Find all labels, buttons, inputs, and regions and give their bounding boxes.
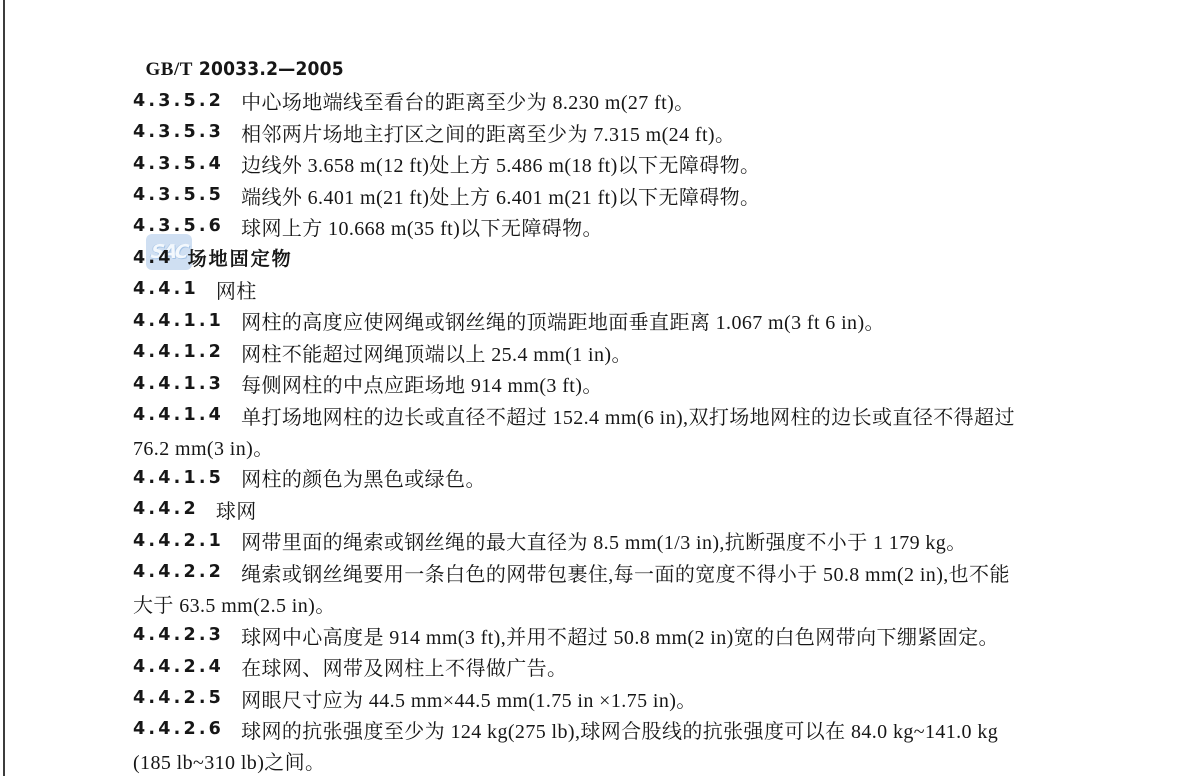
clause-number: 4.3.5.3 — [133, 122, 224, 142]
clause-lines: 4.3.5.2中心场地端线至看台的距离至少为 8.230 m(27 ft)。 4… — [133, 85, 1093, 776]
clause-line: 4.4.1.1网柱的高度应使网绳或钢丝绳的顶端距地面垂直距离 1.067 m(3… — [133, 305, 1093, 336]
clause-line: 4.4.1.5网柱的颜色为黑色或绿色。 — [133, 462, 1093, 493]
clause-line: 4.3.5.4边线外 3.658 m(12 ft)处上方 5.486 m(18 … — [133, 148, 1093, 179]
clause-text: 单打场地网柱的边长或直径不超过 152.4 mm(6 in),双打场地网柱的边长… — [241, 401, 1015, 430]
clause-text: 端线外 6.401 m(21 ft)处上方 6.401 m(21 ft)以下无障… — [241, 181, 760, 210]
clause-text: 网眼尺寸应为 44.5 mm×44.5 mm(1.75 in ×1.75 in)… — [241, 684, 697, 713]
clause-text: 球网中心高度是 914 mm(3 ft),并用不超过 50.8 mm(2 in)… — [241, 621, 999, 650]
standard-code-header: GB/T20033.2—2005 — [135, 36, 344, 81]
clause-number: 4.3.5.4 — [133, 154, 224, 174]
clause-number: 4.4.1.3 — [133, 374, 224, 394]
clause-line: 4.4.2.5网眼尺寸应为 44.5 mm×44.5 mm(1.75 in ×1… — [133, 682, 1093, 713]
clause-number: 4.3.5.5 — [133, 185, 224, 205]
clause-text: 球网的抗张强度至少为 124 kg(275 lb),球网合股线的抗张强度可以在 … — [241, 715, 998, 744]
clause-number: 4.4.1.4 — [133, 405, 224, 425]
clause-line: 4.3.5.5端线外 6.401 m(21 ft)处上方 6.401 m(21 … — [133, 179, 1093, 210]
clause-line: 76.2 mm(3 in)。 — [133, 431, 1093, 462]
clause-number: 4.4.2.4 — [133, 657, 224, 677]
clause-text: 球网 — [216, 495, 257, 524]
clause-number: 4.3.5.2 — [133, 91, 224, 111]
clause-number: 4.4.2.1 — [133, 531, 224, 551]
clause-line: 4.4.2.6球网的抗张强度至少为 124 kg(275 lb),球网合股线的抗… — [133, 714, 1093, 745]
clause-text: 网柱 — [216, 275, 257, 304]
clause-line: 4.4.1.2网柱不能超过网绳顶端以上 25.4 mm(1 in)。 — [133, 337, 1093, 368]
clause-line: 4.4.1.3每侧网柱的中点应距场地 914 mm(3 ft)。 — [133, 368, 1093, 399]
clause-number: 4.3.5.6 — [133, 216, 224, 236]
clause-line: 4.4.2.2绳索或钢丝绳要用一条白色的网带包裹住,每一面的宽度不得小于 50.… — [133, 557, 1093, 588]
clause-number: 4.4 — [133, 248, 174, 268]
clause-text: (185 lb~310 lb)之间。 — [133, 746, 325, 775]
clause-number: 4.4.2 — [133, 499, 199, 519]
clause-text: 网柱的颜色为黑色或绿色。 — [241, 463, 486, 492]
page-left-border — [3, 0, 5, 776]
clause-line: 4.4.2球网 — [133, 494, 1093, 525]
clause-number: 4.4.2.5 — [133, 688, 224, 708]
standard-code-prefix: GB/T — [146, 59, 193, 80]
clause-text: 网柱的高度应使网绳或钢丝绳的顶端距地面垂直距离 1.067 m(3 ft 6 i… — [241, 306, 885, 335]
clause-line: 4.4场地固定物 — [133, 242, 1093, 273]
clause-line: 4.4.2.3球网中心高度是 914 mm(3 ft),并用不超过 50.8 m… — [133, 619, 1093, 650]
clause-line: 4.3.5.6球网上方 10.668 m(35 ft)以下无障碍物。 — [133, 211, 1093, 242]
clause-number: 4.4.1 — [133, 279, 199, 299]
clause-number: 4.4.2.2 — [133, 562, 224, 582]
clause-line: (185 lb~310 lb)之间。 — [133, 745, 1093, 776]
clause-text: 在球网、网带及网柱上不得做广告。 — [241, 652, 567, 681]
clause-number: 4.4.2.3 — [133, 625, 224, 645]
standard-code-number: 20033.2—2005 — [199, 58, 344, 80]
clause-number: 4.4.1.2 — [133, 342, 224, 362]
clause-text: 中心场地端线至看台的距离至少为 8.230 m(27 ft)。 — [241, 86, 695, 115]
clause-line: 4.3.5.2中心场地端线至看台的距离至少为 8.230 m(27 ft)。 — [133, 85, 1093, 116]
clause-text: 场地固定物 — [188, 244, 293, 271]
clause-text: 每侧网柱的中点应距场地 914 mm(3 ft)。 — [241, 369, 603, 398]
clause-line: 4.4.2.1网带里面的绳索或钢丝绳的最大直径为 8.5 mm(1/3 in),… — [133, 525, 1093, 556]
clause-text: 网柱不能超过网绳顶端以上 25.4 mm(1 in)。 — [241, 338, 632, 367]
clause-text: 球网上方 10.668 m(35 ft)以下无障碍物。 — [241, 212, 603, 241]
clause-line: 4.3.5.3相邻两片场地主打区之间的距离至少为 7.315 m(24 ft)。 — [133, 116, 1093, 147]
clause-text: 76.2 mm(3 in)。 — [133, 432, 274, 461]
clause-text: 相邻两片场地主打区之间的距离至少为 7.315 m(24 ft)。 — [241, 118, 735, 147]
clause-number: 4.4.1.5 — [133, 468, 224, 488]
clause-number: 4.4.1.1 — [133, 311, 224, 331]
clause-line: 大于 63.5 mm(2.5 in)。 — [133, 588, 1093, 619]
clause-text: 边线外 3.658 m(12 ft)处上方 5.486 m(18 ft)以下无障… — [241, 149, 760, 178]
clause-text: 网带里面的绳索或钢丝绳的最大直径为 8.5 mm(1/3 in),抗断强度不小于… — [241, 526, 967, 555]
clause-line: 4.4.2.4在球网、网带及网柱上不得做广告。 — [133, 651, 1093, 682]
clause-text: 大于 63.5 mm(2.5 in)。 — [133, 589, 336, 618]
document-page: { "page": { "header": { "code_prefix": "… — [0, 0, 1192, 776]
clause-text: 绳索或钢丝绳要用一条白色的网带包裹住,每一面的宽度不得小于 50.8 mm(2 … — [241, 558, 1010, 587]
clause-line: 4.4.1.4单打场地网柱的边长或直径不超过 152.4 mm(6 in),双打… — [133, 399, 1093, 430]
clause-number: 4.4.2.6 — [133, 719, 224, 739]
clause-line: 4.4.1网柱 — [133, 274, 1093, 305]
